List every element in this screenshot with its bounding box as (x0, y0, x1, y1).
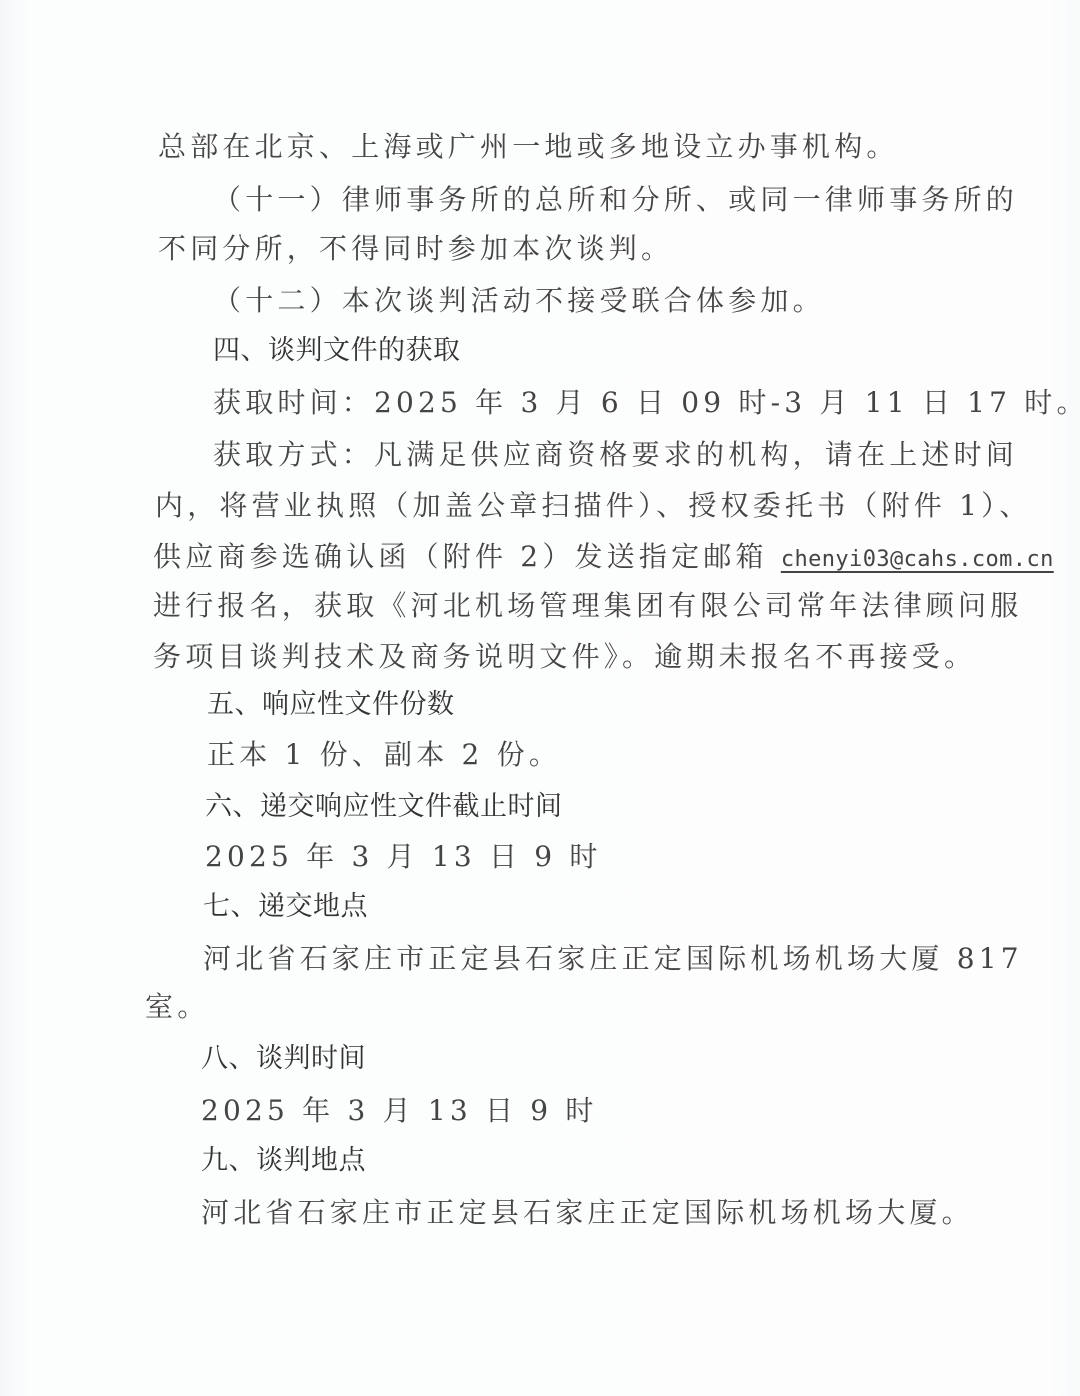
section-6-heading: 六、递交响应性文件截止时间 (205, 790, 563, 824)
section-7-heading: 七、递交地点 (203, 890, 368, 924)
document-page: 总部在北京、上海或广州一地或多地设立办事机构。 （十一）律师事务所的总所和分所、… (0, 0, 1080, 1396)
section-9-body: 河北省石家庄市正定县石家庄正定国际机场机场大厦。 (201, 1196, 974, 1230)
section-6-body: 2025 年 3 月 13 日 9 时 (205, 840, 602, 874)
email-link[interactable]: chenyi03@cahs.com.cn (781, 547, 1054, 572)
paragraph-11-line1: （十一）律师事务所的总所和分所、或同一律师事务所的 (213, 183, 1018, 217)
section-4-method-line5: 务项目谈判技术及商务说明文件》。逾期未报名不再接受。 (153, 640, 976, 674)
section-4-method-line2: 内，将营业执照（加盖公章扫描件）、授权委托书（附件 1）、 (155, 489, 1032, 523)
section-4-method-line4: 进行报名，获取《河北机场管理集团有限公司常年法律顾问服 (153, 589, 1022, 623)
section-4-method-line3: 供应商参选确认函（附件 2）发送指定邮箱 chenyi03@cahs.com.c… (153, 540, 1054, 577)
section-4-method-line1: 获取方式：凡满足供应商资格要求的机构，请在上述时间 (213, 438, 1018, 472)
section-4-time: 获取时间：2025 年 3 月 6 日 09 时-3 月 11 日 17 时。 (213, 386, 1080, 420)
paragraph-12: （十二）本次谈判活动不接受联合体参加。 (213, 284, 825, 318)
section-5-heading: 五、响应性文件份数 (207, 688, 455, 722)
section-7-body-line1: 河北省石家庄市正定县石家庄正定国际机场机场大厦 817 (203, 942, 1023, 976)
section-7-body-line2: 室。 (145, 990, 209, 1024)
section-4-method-line3-text: 供应商参选确认函（附件 2）发送指定邮箱 (153, 540, 768, 573)
section-8-body: 2025 年 3 月 13 日 9 时 (201, 1094, 598, 1128)
section-5-body: 正本 1 份、副本 2 份。 (207, 738, 561, 772)
section-8-heading: 八、谈判时间 (201, 1042, 366, 1076)
section-4-heading: 四、谈判文件的获取 (213, 334, 461, 368)
section-9-heading: 九、谈判地点 (201, 1144, 366, 1178)
paragraph-11-line2: 不同分所，不得同时参加本次谈判。 (158, 232, 673, 266)
paragraph-10-continuation: 总部在北京、上海或广州一地或多地设立办事机构。 (158, 130, 899, 164)
